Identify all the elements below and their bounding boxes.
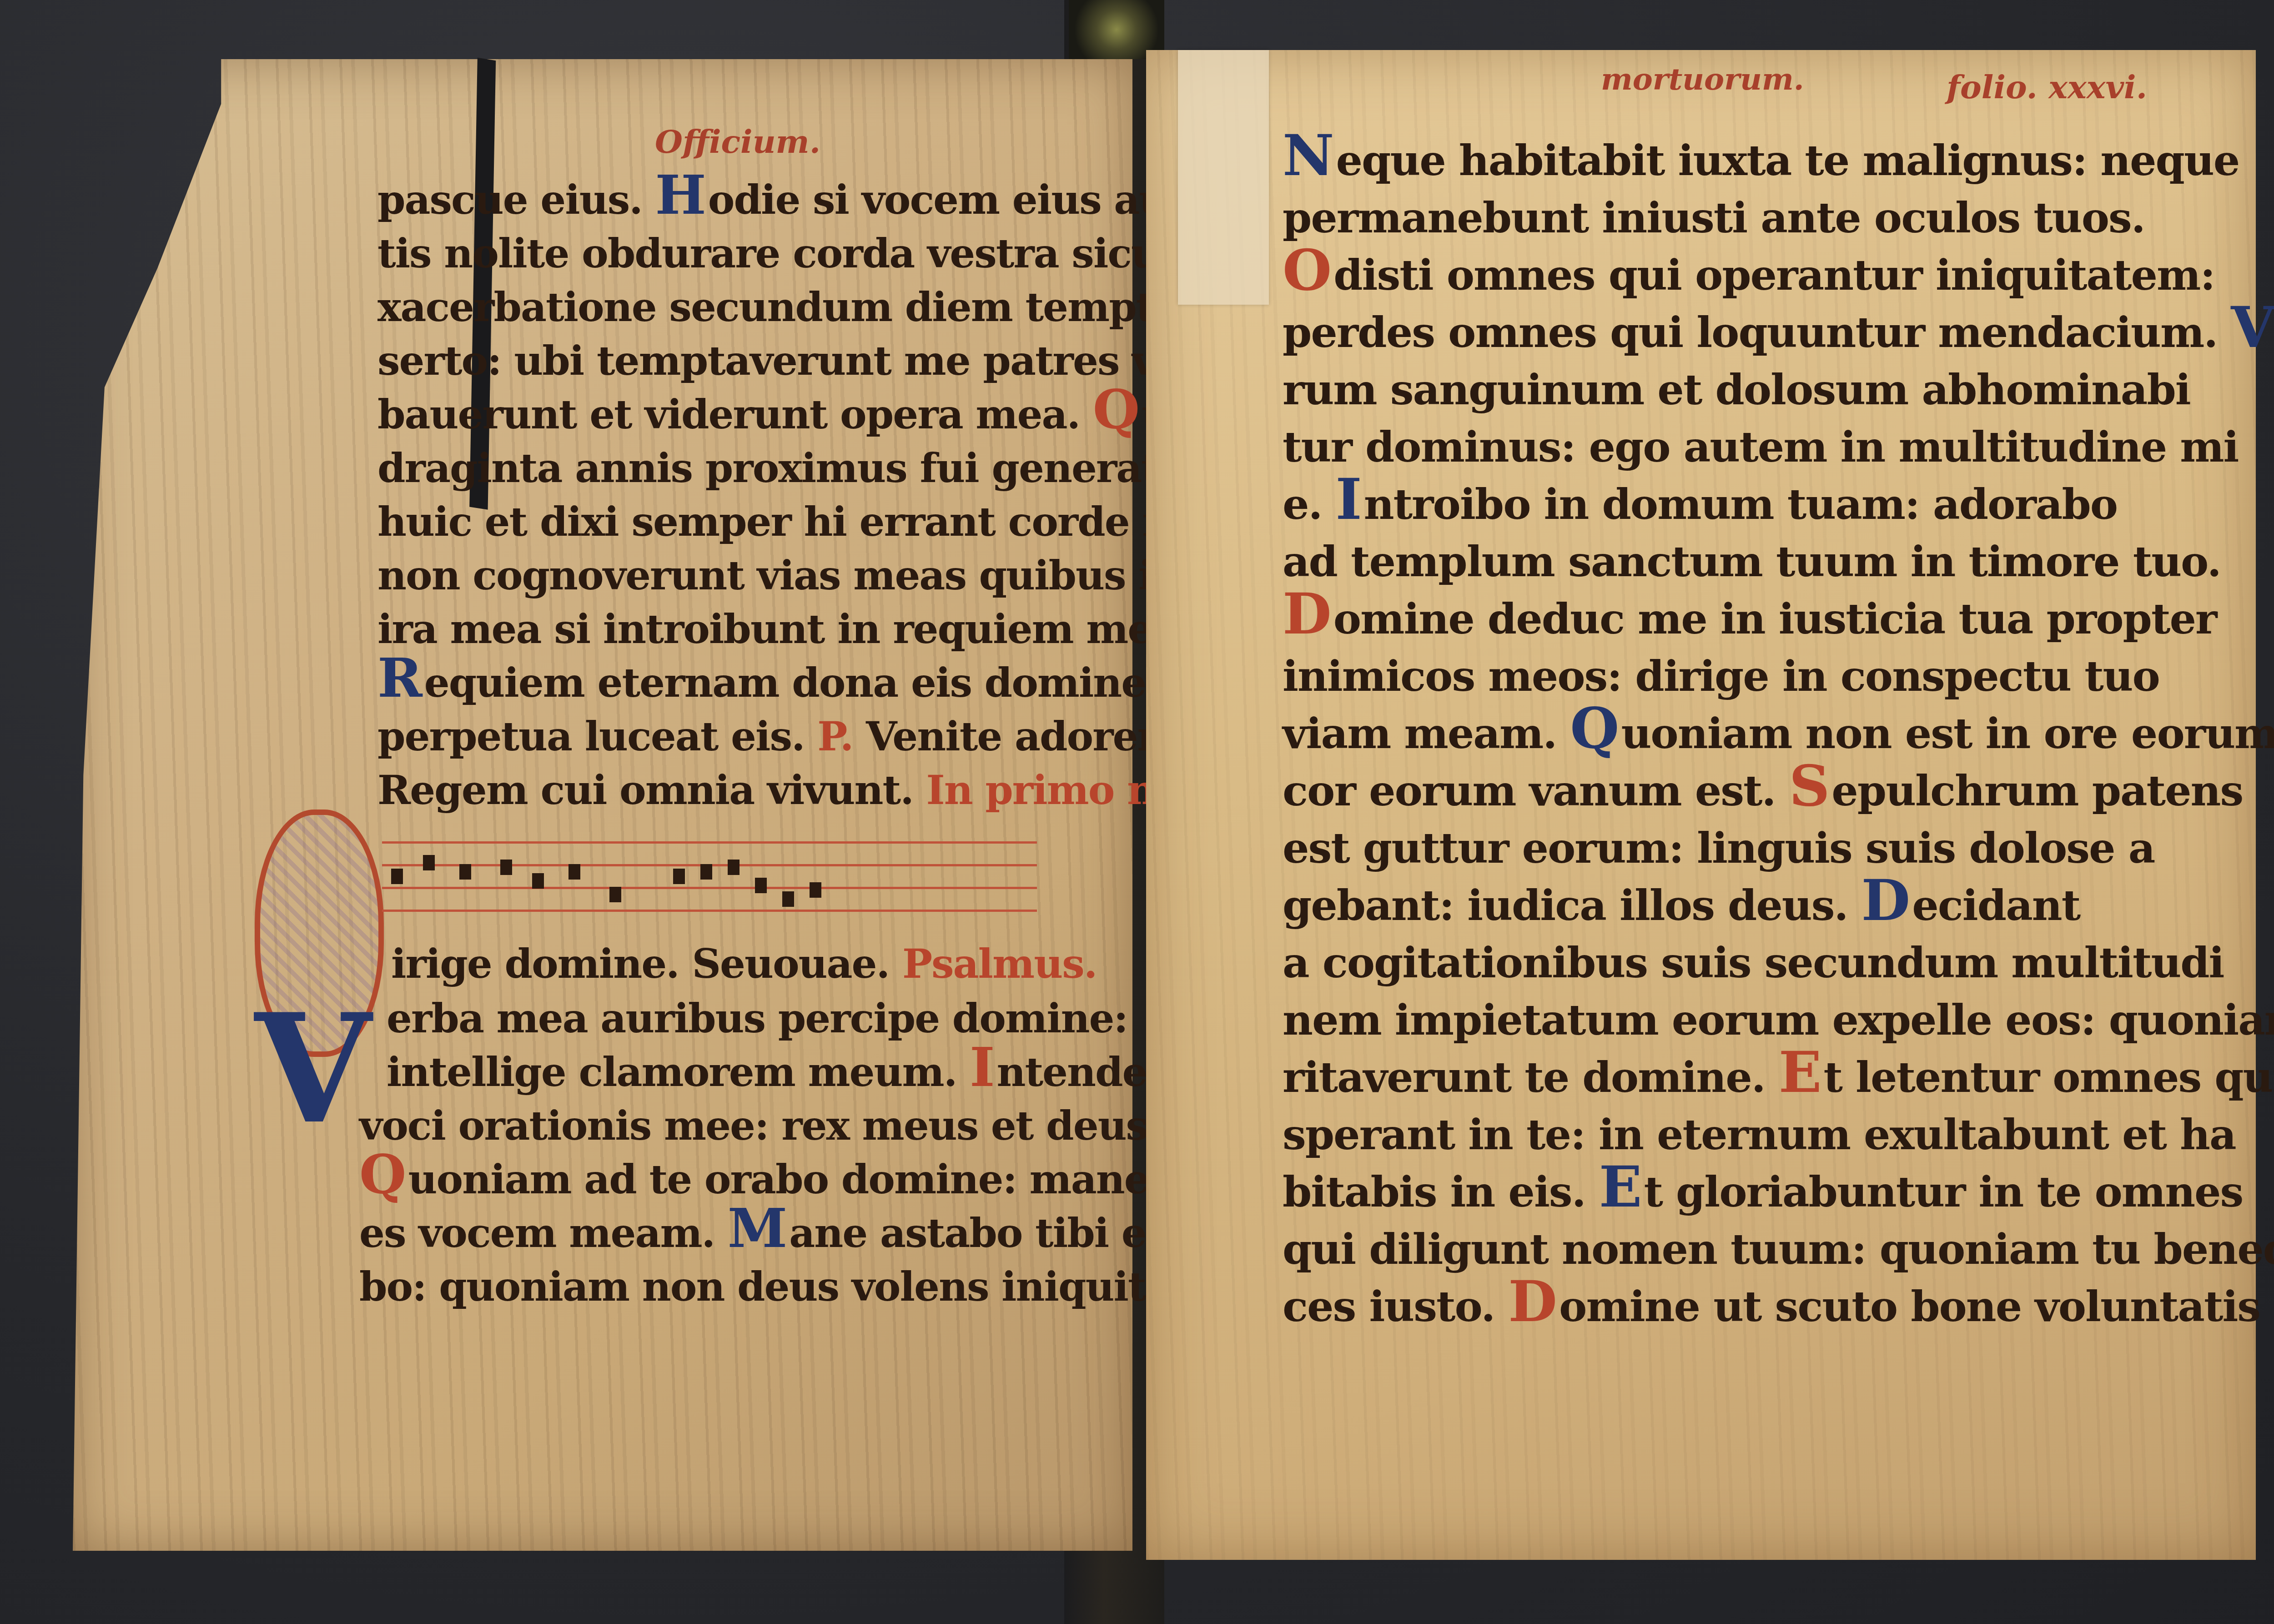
- text-line: ritaverunt te domine. Et letentur omnes …: [1283, 1049, 2274, 1106]
- text-line: gebant: iudica illos deus. Decidant: [1283, 877, 2274, 934]
- neume: [391, 869, 403, 884]
- staff-line: [382, 910, 1037, 912]
- folio-number: folio. xxxvi.: [1947, 68, 2147, 106]
- neume: [459, 864, 471, 880]
- staff-line: [382, 887, 1037, 889]
- blue-initial: Q: [1570, 706, 1618, 751]
- blue-initial: D: [1861, 878, 1910, 923]
- text-line: viam meam. Quoniam non est in ore eorum …: [1283, 705, 2274, 762]
- left-running-head: Officium.: [655, 123, 820, 161]
- staff-line: [382, 841, 1037, 844]
- text-line: e. Introibo in domum tuam: adorabo: [1283, 476, 2274, 533]
- neume: [810, 882, 821, 898]
- text-line: Odisti omnes qui operantur iniquitatem:: [1283, 246, 2274, 304]
- text-line: ad templum sanctum tuum in timore tuo.: [1283, 533, 2274, 590]
- text-line: cor eorum vanum est. Sepulchrum patens: [1283, 762, 2274, 820]
- blue-initial: E: [1599, 1165, 1641, 1210]
- chant-text-line: irige domine. Seuouae. Psalmus.: [391, 937, 1097, 990]
- neume: [782, 891, 794, 907]
- neume: [728, 860, 740, 875]
- neume: [609, 887, 621, 902]
- neume: [700, 864, 712, 880]
- blue-initial: M: [728, 1207, 787, 1250]
- neume: [673, 869, 685, 884]
- text-line: inimicos meos: dirige in conspectu tuo: [1283, 648, 2274, 705]
- text-line: rum sanguinum et dolosum abhominabi: [1283, 361, 2274, 418]
- red-initial: D: [1508, 1279, 1556, 1324]
- text-line: permanebunt iniusti ante oculos tuos.: [1283, 189, 2274, 246]
- red-initial: D: [1283, 592, 1331, 637]
- neume: [500, 860, 512, 875]
- neume: [568, 864, 580, 880]
- text-line: perdes omnes qui loquuntur mendacium. Vi: [1283, 304, 2274, 361]
- music-staff: [382, 837, 1037, 928]
- text-line: ces iusto. Domine ut scuto bone voluntat…: [1283, 1278, 2274, 1335]
- blue-initial: I: [1336, 477, 1361, 522]
- text-line: Domine deduc me in iusticia tua propter: [1283, 590, 2274, 648]
- red-initial: S: [1789, 764, 1829, 809]
- rubric-psalmus: Psalmus.: [902, 940, 1097, 987]
- rubric: P.: [817, 713, 853, 760]
- red-initial: Q: [1093, 388, 1139, 432]
- text-line: tur dominus: ego autem in multitudine mi: [1283, 418, 2274, 476]
- blue-initial: R: [377, 657, 422, 700]
- neume: [532, 873, 544, 889]
- blue-initial: V: [2231, 305, 2274, 350]
- neume: [755, 878, 767, 893]
- text-line: a cogitationibus suis secundum multitudi: [1283, 934, 2274, 991]
- neume: [423, 855, 435, 870]
- blue-initial: H: [655, 174, 705, 217]
- text-line: sperant in te: in eternum exultabunt et …: [1283, 1106, 2274, 1163]
- text-line: est guttur eorum: linguis suis dolose a: [1283, 820, 2274, 877]
- red-initial: I: [970, 1046, 994, 1089]
- right-running-head-left: mortuorum.: [1601, 61, 1804, 97]
- blue-initial: N: [1283, 133, 1333, 178]
- text-line: Neque habitabit iuxta te malignus: neque: [1283, 132, 2274, 189]
- red-initial: O: [1283, 248, 1331, 293]
- repair-patch: [1178, 50, 1269, 305]
- blue-initial-v: V: [255, 1001, 364, 1137]
- red-initial: Q: [359, 1153, 405, 1197]
- text-line: nem impietatum eorum expelle eos: quonia…: [1283, 991, 2274, 1049]
- red-initial: E: [1779, 1050, 1821, 1095]
- text-line: irige domine. Seuouae. Psalmus.: [391, 937, 1097, 990]
- text-line: qui diligunt nomen tuum: quoniam tu bene…: [1283, 1221, 2274, 1278]
- right-page-text-block: Neque habitabit iuxta te malignus: neque…: [1283, 132, 2274, 1335]
- text-line: bitabis in eis. Et gloriabuntur in te om…: [1283, 1163, 2274, 1221]
